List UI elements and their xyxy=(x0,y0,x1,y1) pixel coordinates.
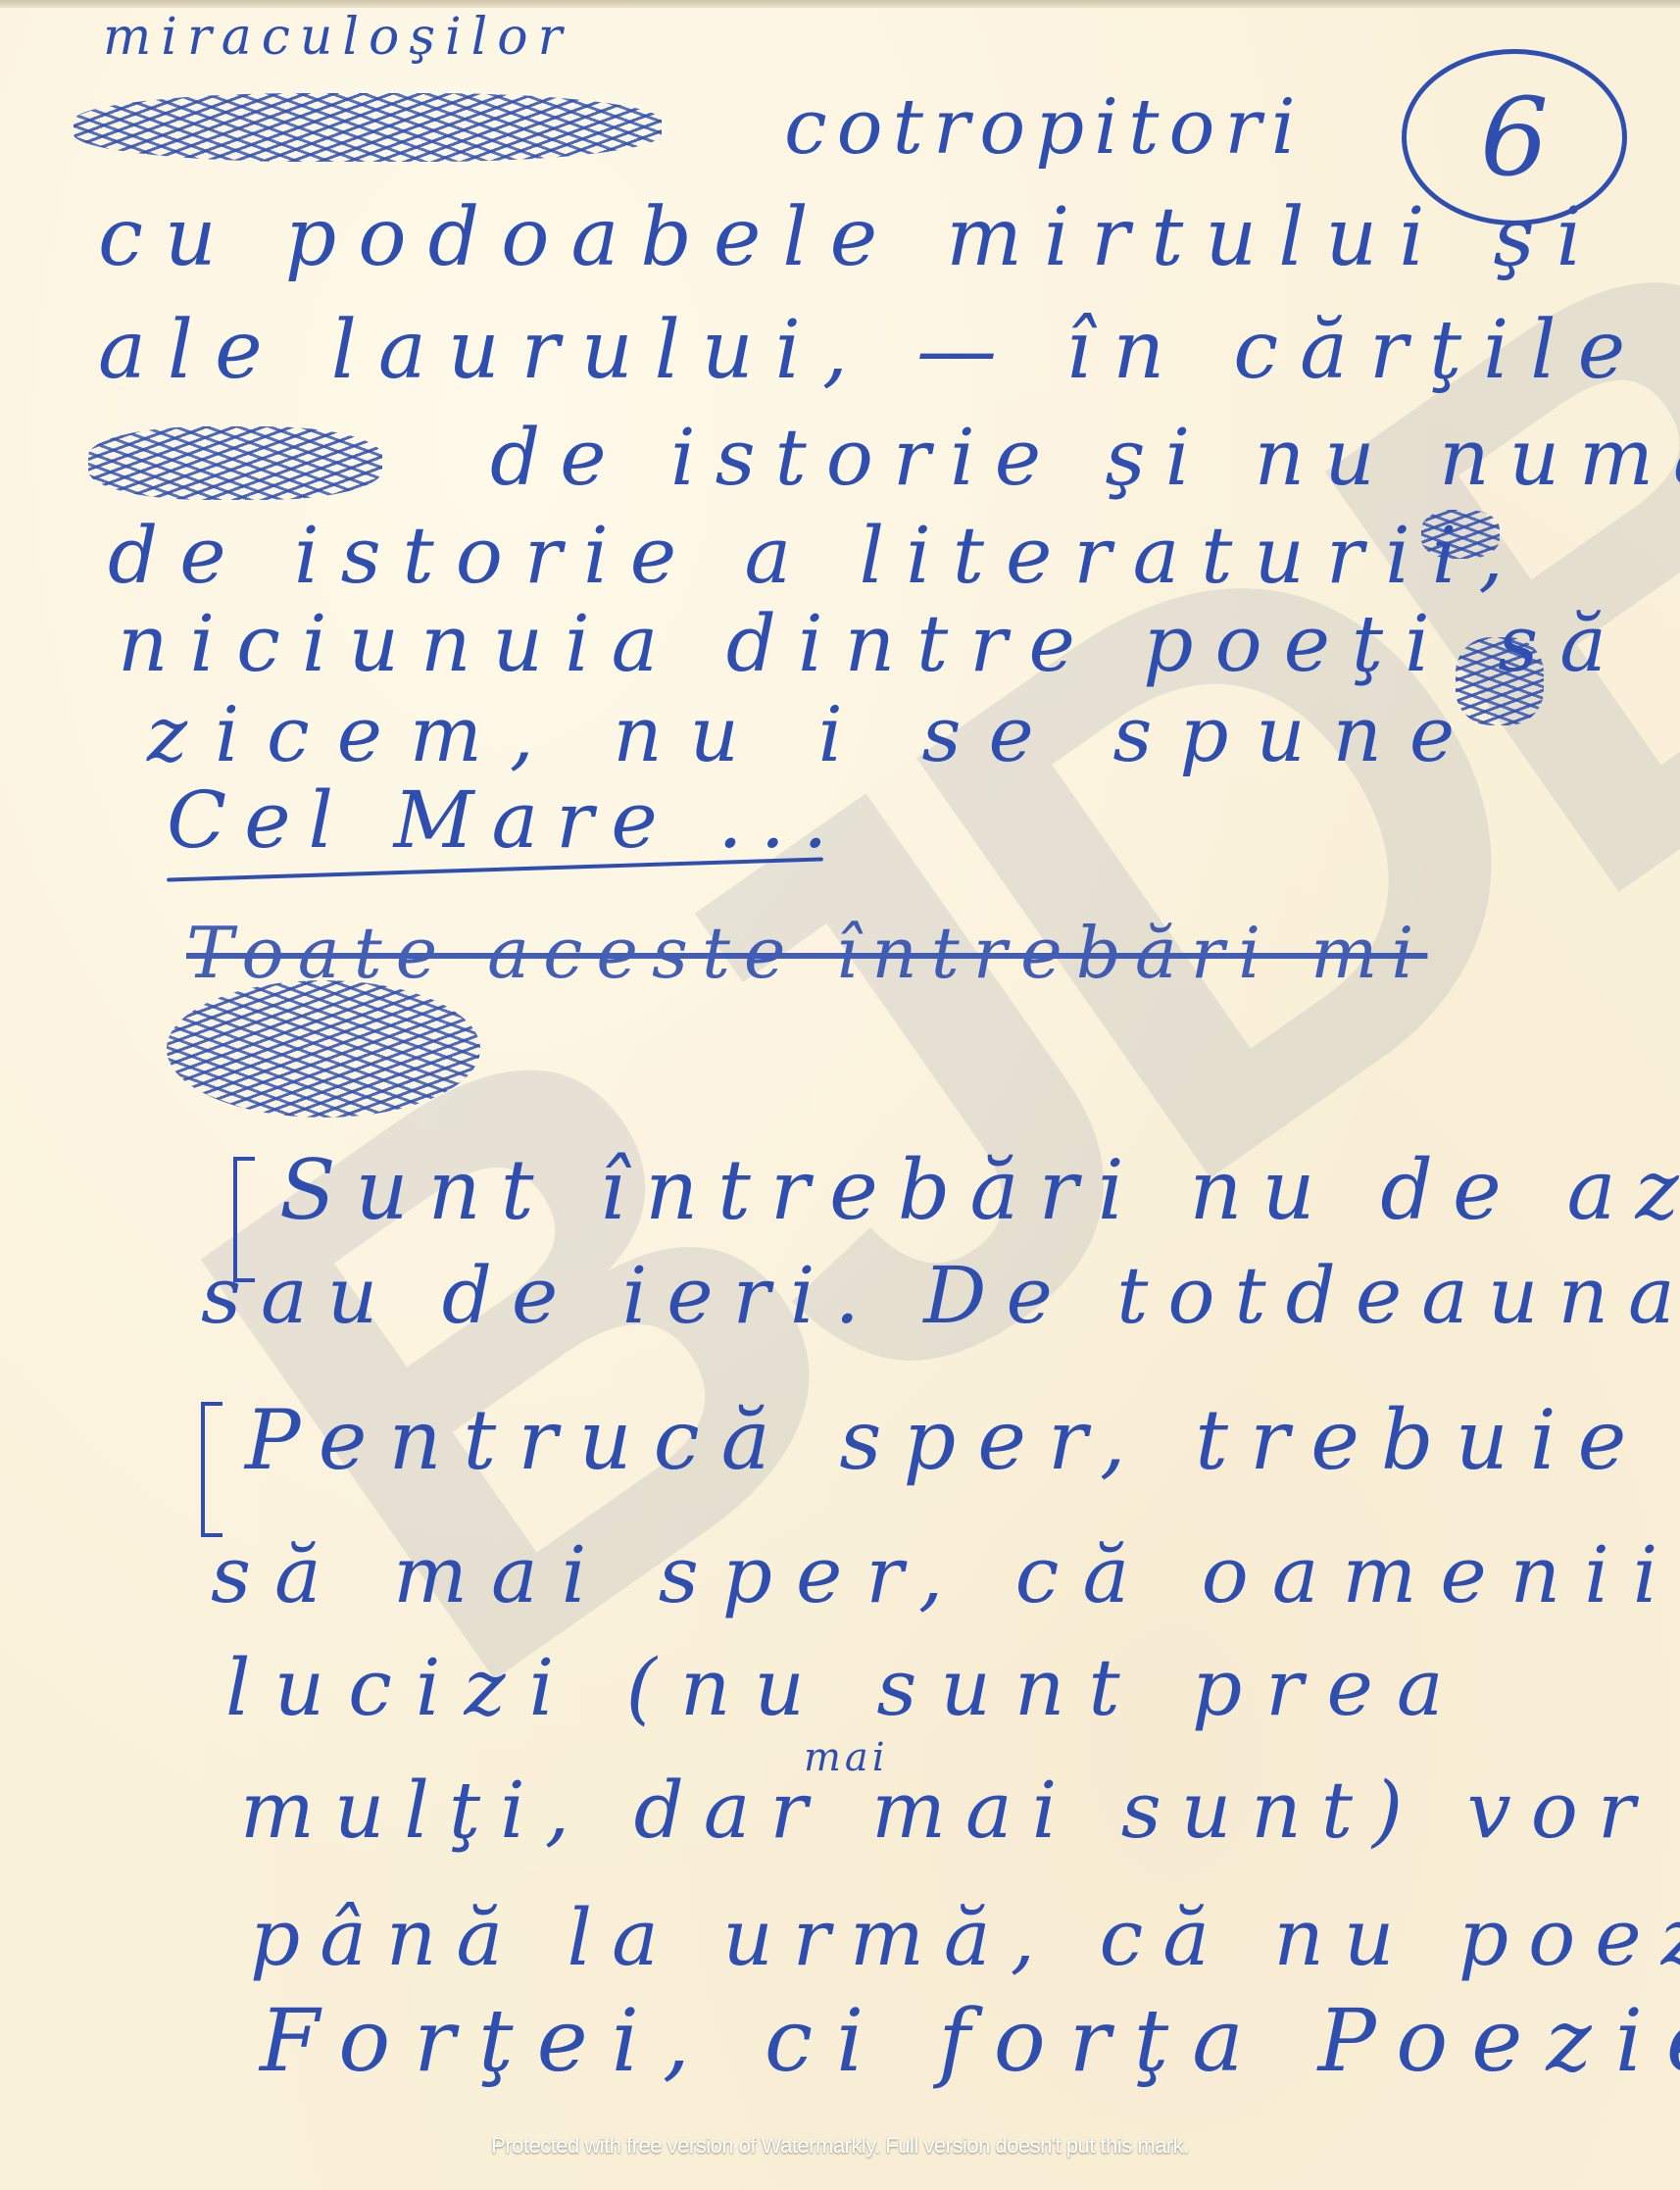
struck-out-line: Toate aceste întrebări mi xyxy=(186,912,1427,994)
handwritten-line: sau de ieri. De totdeauna. xyxy=(201,1250,1680,1341)
scribbled-out-word xyxy=(167,980,480,1118)
paper-top-edge xyxy=(0,0,1680,8)
watermark-footer-text: Protected with free version of Watermark… xyxy=(0,2133,1680,2159)
handwritten-line: până la urmă, că nu poezia xyxy=(250,1892,1680,1983)
handwritten-line: cu podoabele mirtului şi xyxy=(98,191,1604,284)
scribbled-out-word xyxy=(1421,510,1500,559)
handwritten-line: niciunuia dintre poeţi să xyxy=(118,598,1628,689)
handwritten-line: mulţi, dar mai sunt) vor şti, xyxy=(240,1765,1680,1856)
page-number-text: 6 xyxy=(1480,75,1549,200)
handwritten-line: să mai sper, că oamenii xyxy=(211,1529,1680,1620)
handwritten-line: Forţei, ci forţa Poeziei xyxy=(260,1990,1680,2091)
handwritten-line: ale laurului, — în cărţile xyxy=(98,304,1647,397)
handwritten-line: de istorie a literaturii, xyxy=(108,510,1525,601)
scribbled-out-word xyxy=(1456,637,1544,725)
handwritten-line: de istorie şi nu numai xyxy=(490,412,1680,503)
scribbled-out-word xyxy=(88,426,382,500)
handwritten-line: miraculoşilor xyxy=(103,8,571,67)
handwritten-line: Sunt întrebări nu de azi xyxy=(279,1142,1680,1238)
handwritten-line: lucizi (nu sunt prea xyxy=(225,1642,1467,1733)
scribbled-out-word xyxy=(74,93,662,162)
manuscript-page: BJDB 6 miraculoşilor cotropitori cu podo… xyxy=(0,0,1680,2190)
handwritten-line: Pentrucă sper, trebuie xyxy=(245,1392,1648,1488)
bracket-mark xyxy=(201,1402,222,1537)
handwritten-line: Cel Mare ... xyxy=(167,774,845,866)
handwritten-line: zicem, nu i se spune xyxy=(147,691,1482,779)
handwritten-line: cotropitori xyxy=(784,83,1306,172)
